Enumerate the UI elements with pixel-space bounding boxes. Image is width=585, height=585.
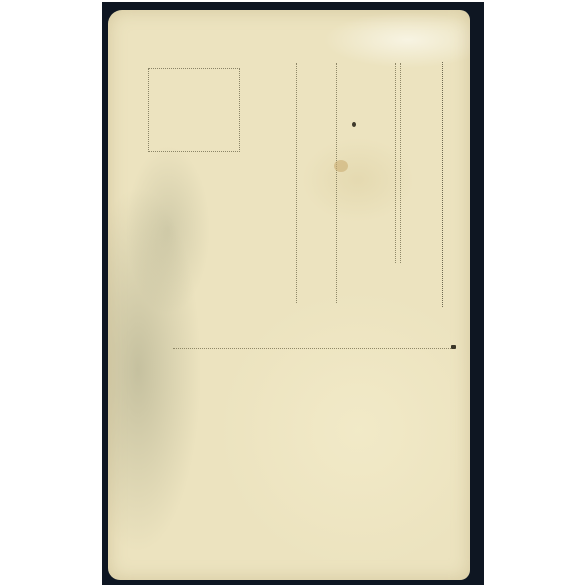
stain (334, 160, 348, 172)
ink-mark (451, 345, 456, 349)
postcard-back (108, 10, 470, 580)
stamp-placeholder-box (148, 68, 240, 152)
address-line (336, 63, 337, 303)
ink-spot (352, 122, 356, 127)
divider-line (173, 348, 455, 349)
address-line (296, 63, 297, 303)
address-line (400, 63, 401, 263)
embossed-studio-mark (184, 450, 282, 525)
address-line (442, 62, 443, 307)
address-line (395, 63, 396, 263)
